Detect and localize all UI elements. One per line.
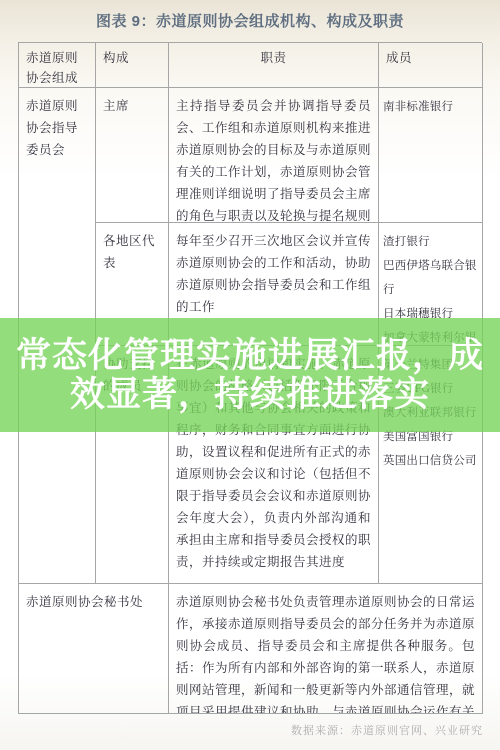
- org-cell-secretariat: 赤道原则协会秘书处: [19, 584, 169, 714]
- watermark-text-line2: 效显著，持续推进落实: [70, 375, 430, 414]
- header-composition: 构成: [96, 43, 169, 88]
- data-source-note: 数据来源：赤道原则官网、兴业研究: [291, 722, 483, 738]
- duty-cell-chair: 主持指导委员会并协调指导委员会、工作组和赤道原则机构来推进赤道原则协会的目标及与…: [169, 88, 379, 223]
- header-duty: 职责: [169, 43, 379, 88]
- page-title: 图表 9：赤道原则协会组成机构、构成及职责: [0, 10, 500, 31]
- watermark-overlay: 常态化管理实施进展汇报，成 效显著，持续推进落实: [0, 318, 500, 432]
- members-cell-chair: 南非标准银行: [379, 88, 483, 223]
- header-org: 赤道原则协会组成机构: [19, 43, 96, 88]
- report-page: 图表 9：赤道原则协会组成机构、构成及职责 赤道原则协会组成机构 构成 职责 成…: [0, 0, 500, 750]
- header-members: 成员: [379, 43, 483, 88]
- duty-cell-secretariat: 赤道原则协会秘书处负责管理赤道原则协会的日常运作，承接赤道原则指导委员会的部分任…: [169, 584, 483, 714]
- composition-cell-chair: 主席: [96, 88, 169, 223]
- watermark-text-line1: 常态化管理实施进展汇报，成: [16, 336, 484, 375]
